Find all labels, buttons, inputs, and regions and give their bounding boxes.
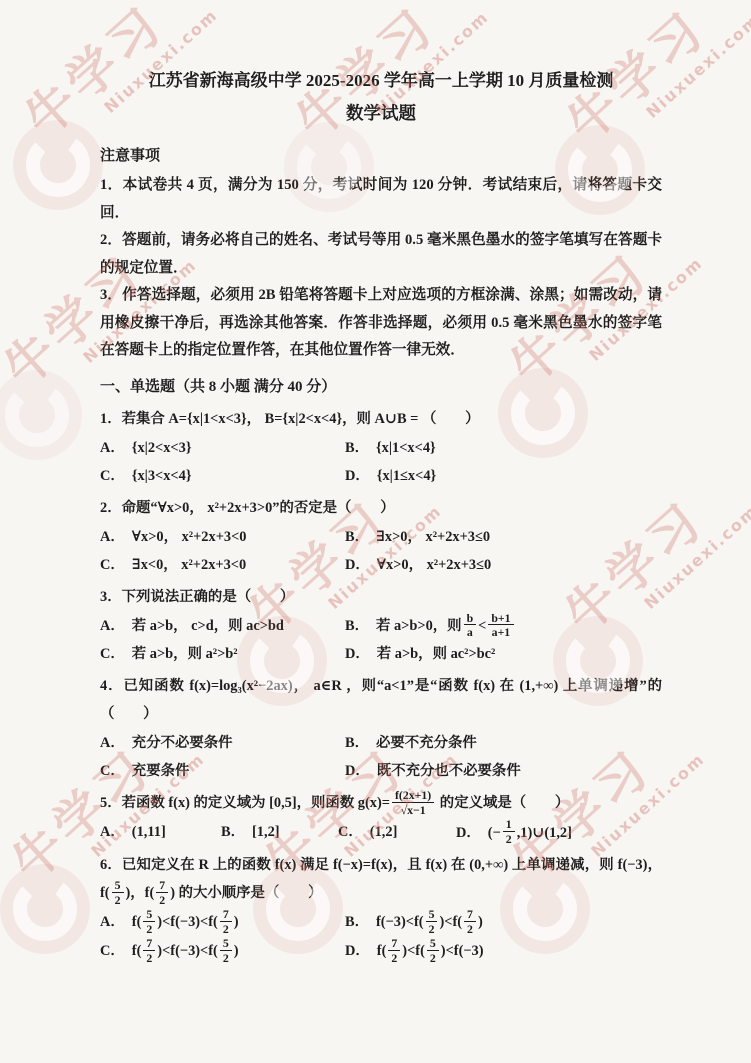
question-6-options: A．f(52)<f(−3)<f(72) B．f(−3)<f(52)<f(72) … (100, 909, 662, 965)
option-label: D． (456, 825, 481, 841)
option-A: A．充分不必要条件 (100, 730, 345, 757)
option-label: C． (100, 943, 125, 959)
option-text: {x|2<x<3} (132, 440, 192, 456)
option-B: B．[1,2] (221, 819, 338, 847)
option-text: {x|1<x<4} (376, 440, 436, 456)
option-D: D．(−12,1)∪(1,2] (456, 819, 662, 847)
option-text: 若 a>b， c>d，则 ac>bd (132, 618, 284, 634)
option-label: C． (100, 468, 125, 484)
option-B: B．∃x>0， x²+2x+3≤0 (345, 524, 662, 551)
option-label: B． (345, 618, 369, 634)
question-1-options: A．{x|2<x<3} B．{x|1<x<4} C．{x|3<x<4} D．{x… (100, 435, 662, 490)
option-label: A． (100, 735, 125, 751)
option-C: C．(1,2] (338, 819, 456, 847)
option-A: A．∀x>0， x²+2x+3<0 (100, 524, 345, 551)
option-text: 若 a>b，则 ac²>bc² (377, 646, 496, 662)
question-5-options: A．(1,11] B．[1,2] C．(1,2] D．(−12,1)∪(1,2] (100, 819, 662, 847)
option-label: A． (100, 618, 125, 634)
option-C: C．∃x<0， x²+2x+3<0 (100, 552, 345, 579)
option-text: f(72)<f(52)<f(−3) (377, 943, 484, 959)
option-text: ∀x>0， x²+2x+3<0 (132, 529, 247, 545)
option-label: D． (345, 943, 370, 959)
option-label: B． (345, 914, 369, 930)
option-B: B．若 a>b>0，则ba<b+1a+1 (345, 613, 662, 641)
option-A: A．若 a>b， c>d，则 ac>bd (100, 613, 345, 641)
option-D: D．既不充分也不必要条件 (345, 758, 662, 785)
option-label: C． (338, 824, 363, 840)
notice-item-3: 3．作答选择题，必须用 2B 铅笔将答题卡上对应选项的方框涂满、涂黑；如需改动，… (100, 282, 662, 365)
exam-page: 牛学习Niuxuexi.com 牛学习Niuxuexi.com 牛学习Niuxu… (0, 0, 751, 1063)
section-heading: 一、单选题（共 8 小题 满分 40 分） (100, 373, 662, 401)
page-title: 江苏省新海高级中学 2025-2026 学年高一上学期 10 月质量检测 (100, 66, 662, 96)
option-D: D．f(72)<f(52)<f(−3) (345, 938, 662, 966)
option-label: A． (100, 529, 125, 545)
option-B: B．f(−3)<f(52)<f(72) (345, 909, 662, 937)
option-text: 若 a>b>0，则ba<b+1a+1 (376, 618, 516, 634)
option-label: A． (100, 824, 125, 840)
option-text: [1,2] (252, 824, 280, 840)
question-4-stem: 4．已知函数 f(x)=log₃(x²−2ax)， a∈R ，则“a<1”是“函… (100, 672, 662, 728)
question-6: 6．已知定义在 R 上的函数 f(x) 满足 f(−x)=f(x)，且 f(x)… (100, 851, 662, 965)
option-text: {x|3<x<4} (132, 468, 192, 484)
option-text: (1,2] (370, 824, 398, 840)
question-5: 5．若函数 f(x) 的定义域为 [0,5]，则函数 g(x)=f(2x+1)√… (100, 789, 662, 847)
option-label: C． (100, 763, 125, 779)
option-B: B．必要不充分条件 (345, 730, 662, 757)
option-label: B． (221, 824, 245, 840)
option-D: D．若 a>b，则 ac²>bc² (345, 641, 662, 668)
notice-section: 注意事项 1．本试卷共 4 页，满分为 150 分，考试时间为 120 分钟．考… (100, 144, 662, 365)
option-label: D． (345, 468, 370, 484)
option-label: A． (100, 914, 125, 930)
notice-item-1: 1．本试卷共 4 页，满分为 150 分，考试时间为 120 分钟．考试结束后，… (100, 172, 662, 227)
question-5-stem: 5．若函数 f(x) 的定义域为 [0,5]，则函数 g(x)=f(2x+1)√… (100, 789, 662, 817)
option-text: ∃x>0， x²+2x+3≤0 (376, 529, 490, 545)
option-label: B． (345, 440, 369, 456)
option-C: C．若 a>b，则 a²>b² (100, 641, 345, 668)
option-text: f(52)<f(−3)<f(72) (132, 914, 239, 930)
option-C: C．{x|3<x<4} (100, 463, 345, 490)
option-B: B．{x|1<x<4} (345, 435, 662, 462)
option-text: ∃x<0， x²+2x+3<0 (132, 557, 246, 573)
option-text: ∀x>0， x²+2x+3≤0 (377, 557, 491, 573)
notice-item-2: 2．答题前，请务必将自己的姓名、考试号等用 0.5 毫米黑色墨水的签字笔填写在答… (100, 227, 662, 282)
option-label: A． (100, 440, 125, 456)
option-A: A．{x|2<x<3} (100, 435, 345, 462)
notice-heading: 注意事项 (100, 144, 662, 168)
option-text: 充分不必要条件 (132, 735, 233, 751)
page-subtitle: 数学试题 (100, 100, 662, 126)
option-text: 充要条件 (132, 763, 190, 779)
question-1: 1．若集合 A={x|1<x<3}， B={x|2<x<4}，则 A∪B = （… (100, 405, 662, 490)
option-text: f(−3)<f(52)<f(72) (376, 914, 483, 930)
option-text: 若 a>b，则 a²>b² (132, 646, 238, 662)
question-1-stem: 1．若集合 A={x|1<x<3}， B={x|2<x<4}，则 A∪B = （… (100, 405, 662, 433)
question-2-options: A．∀x>0， x²+2x+3<0 B．∃x>0， x²+2x+3≤0 C．∃x… (100, 524, 662, 579)
option-text: (1,11] (132, 824, 166, 840)
option-label: D． (345, 763, 370, 779)
question-3-stem: 3．下列说法正确的是（ ） (100, 583, 662, 611)
document-content: 江苏省新海高级中学 2025-2026 学年高一上学期 10 月质量检测 数学试… (0, 0, 751, 965)
option-text: (−12,1)∪(1,2] (488, 825, 572, 841)
option-label: B． (345, 735, 369, 751)
option-text: {x|1≤x<4} (377, 468, 436, 484)
option-label: D． (345, 557, 370, 573)
option-text: f(72)<f(−3)<f(52) (132, 943, 239, 959)
option-A: A．f(52)<f(−3)<f(72) (100, 909, 345, 937)
question-3-options: A．若 a>b， c>d，则 ac>bd B．若 a>b>0，则ba<b+1a+… (100, 613, 662, 669)
option-label: C． (100, 646, 125, 662)
option-D: D．∀x>0， x²+2x+3≤0 (345, 552, 662, 579)
option-label: D． (345, 646, 370, 662)
option-C: C．f(72)<f(−3)<f(52) (100, 938, 345, 966)
option-D: D．{x|1≤x<4} (345, 463, 662, 490)
question-4: 4．已知函数 f(x)=log₃(x²−2ax)， a∈R ，则“a<1”是“函… (100, 672, 662, 785)
question-2-stem: 2．命题“∀x>0， x²+2x+3>0”的否定是（ ） (100, 494, 662, 522)
option-text: 必要不充分条件 (376, 735, 477, 751)
question-4-options: A．充分不必要条件 B．必要不充分条件 C．充要条件 D．既不充分也不必要条件 (100, 730, 662, 785)
option-A: A．(1,11] (100, 819, 221, 847)
question-2: 2．命题“∀x>0， x²+2x+3>0”的否定是（ ） A．∀x>0， x²+… (100, 494, 662, 579)
question-3: 3．下列说法正确的是（ ） A．若 a>b， c>d，则 ac>bd B．若 a… (100, 583, 662, 669)
option-text: 既不充分也不必要条件 (377, 763, 521, 779)
option-label: B． (345, 529, 369, 545)
option-label: C． (100, 557, 125, 573)
question-6-stem: 6．已知定义在 R 上的函数 f(x) 满足 f(−x)=f(x)，且 f(x)… (100, 851, 662, 907)
option-C: C．充要条件 (100, 758, 345, 785)
